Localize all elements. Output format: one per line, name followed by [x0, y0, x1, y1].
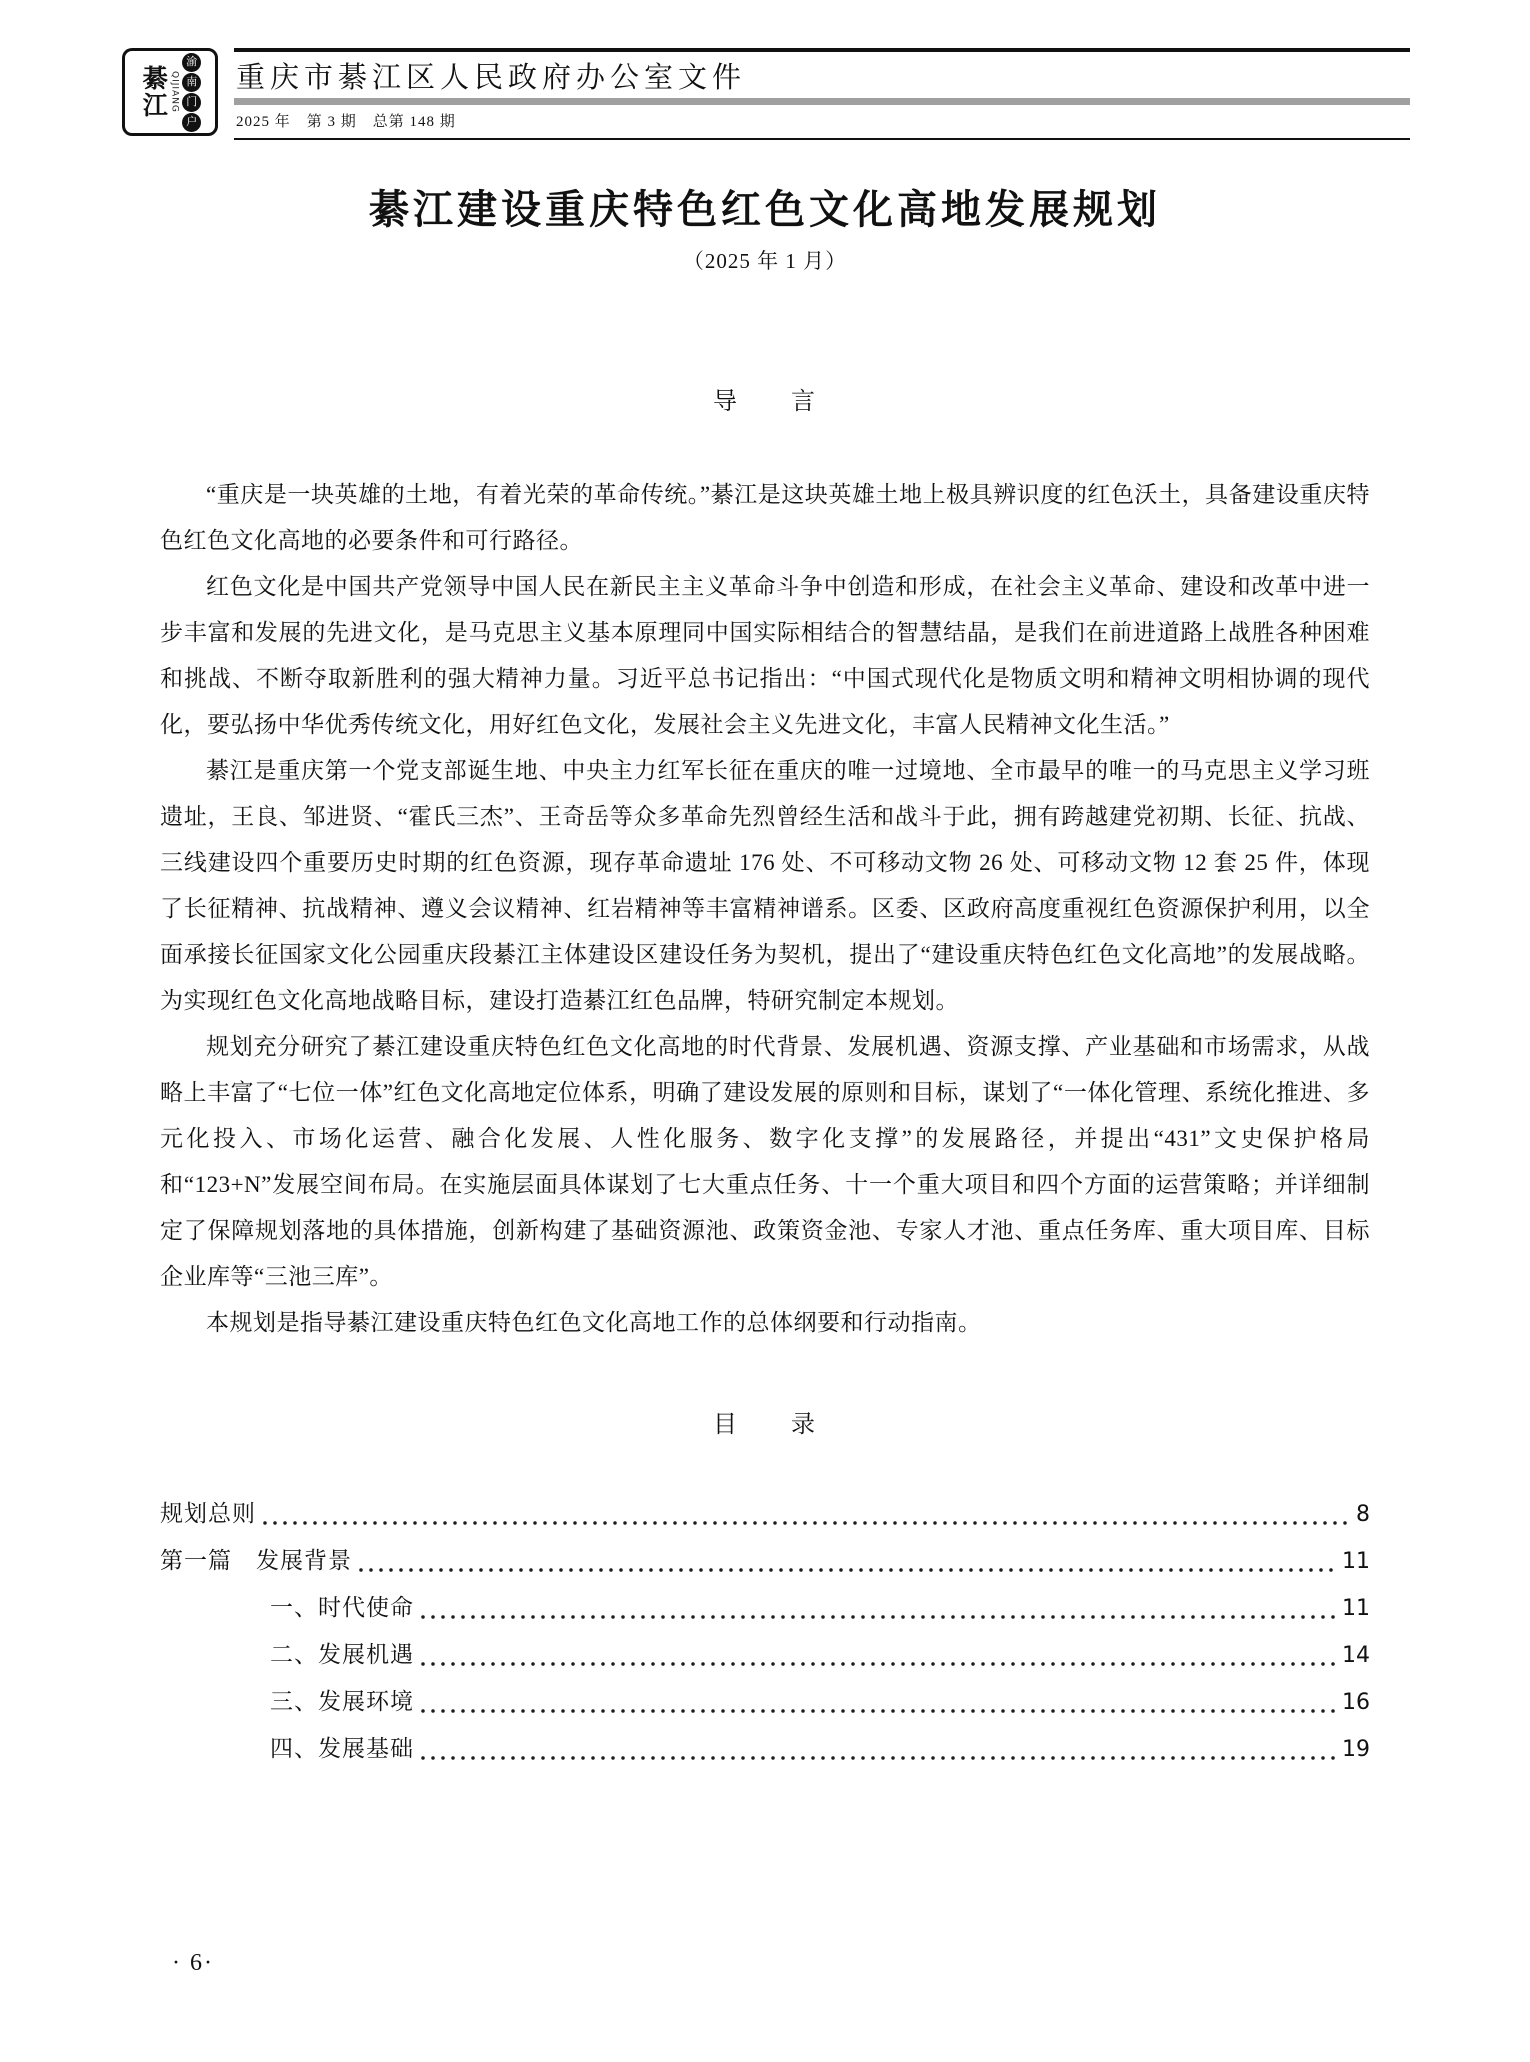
paragraph: 规划充分研究了綦江建设重庆特色红色文化高地的时代背景、发展机遇、资源支撑、产业基… [160, 1024, 1370, 1300]
paragraph: 綦江是重庆第一个党支部诞生地、中央主力红军长征在重庆的唯一过境地、全市最早的唯一… [160, 748, 1370, 1024]
toc-label: 规划总则 [160, 1495, 256, 1528]
toc-dot-leader [260, 1495, 1352, 1542]
toc-dot-leader [418, 1636, 1338, 1683]
qijiang-logo: 綦江 QIJIANG 渝 南 门 户 [122, 48, 218, 136]
seal-icon: 渝 [182, 53, 201, 72]
toc-dot-leader [418, 1683, 1338, 1730]
paragraph: 红色文化是中国共产党领导中国人民在新民主主义革命斗争中创造和形成，在社会主义革命… [160, 564, 1370, 748]
seal-icon: 门 [182, 93, 201, 112]
bottom-rule-divider [234, 138, 1410, 140]
toc-heading: 目 录 [0, 1404, 1530, 1439]
footer-page-number: · 6· [172, 1950, 214, 1977]
intro-body: “重庆是一块英雄的土地，有着光荣的革命传统。”綦江是这块英雄土地上极具辨识度的红… [160, 472, 1370, 1346]
seal-icon: 户 [182, 113, 201, 132]
toc-page-number: 11 [1342, 1596, 1370, 1621]
toc-row: 规划总则 8 [160, 1495, 1370, 1542]
toc-row: 四、发展基础 19 [160, 1730, 1370, 1777]
seal-icon: 南 [182, 73, 201, 92]
toc-row: 二、发展机遇 14 [160, 1636, 1370, 1683]
toc-page-number: 8 [1356, 1502, 1370, 1527]
toc-label: 二、发展机遇 [270, 1636, 414, 1669]
toc-page-number: 11 [1342, 1549, 1370, 1574]
toc-row: 第一篇 发展背景 11 [160, 1542, 1370, 1589]
toc-row: 三、发展环境 16 [160, 1683, 1370, 1730]
toc-label: 第一篇 发展背景 [160, 1542, 352, 1575]
toc-page-number: 16 [1342, 1690, 1370, 1715]
toc-row: 一、时代使命 11 [160, 1589, 1370, 1636]
paragraph: “重庆是一块英雄的土地，有着光荣的革命传统。”綦江是这块英雄土地上极具辨识度的红… [160, 472, 1370, 564]
masthead: 綦江 QIJIANG 渝 南 门 户 重庆市綦江区人民政府办公室文件 2025 … [122, 48, 1410, 140]
document-page: 綦江 QIJIANG 渝 南 门 户 重庆市綦江区人民政府办公室文件 2025 … [0, 0, 1530, 2062]
toc-dot-leader [356, 1542, 1338, 1589]
document-title: 綦江建设重庆特色红色文化高地发展规划 [0, 178, 1530, 235]
toc-dot-leader [418, 1589, 1338, 1636]
issue-line: 2025 年 第 3 期 总第 148 期 [234, 105, 1410, 131]
masthead-right: 重庆市綦江区人民政府办公室文件 2025 年 第 3 期 总第 148 期 [234, 48, 1410, 140]
intro-heading: 导 言 [0, 381, 1530, 416]
logo-romanization: QIJIANG [169, 71, 179, 113]
table-of-contents: 规划总则 8 第一篇 发展背景 11 一、时代使命 11 二、发展机遇 14 三… [160, 1495, 1370, 1777]
logo-seal-column: 渝 南 门 户 [182, 53, 201, 132]
toc-label: 一、时代使命 [270, 1589, 414, 1622]
document-subtitle: （2025 年 1 月） [0, 245, 1530, 275]
toc-page-number: 14 [1342, 1643, 1370, 1668]
toc-page-number: 19 [1342, 1737, 1370, 1762]
toc-dot-leader [418, 1730, 1338, 1777]
toc-label: 三、发展环境 [270, 1683, 414, 1716]
toc-label: 四、发展基础 [270, 1730, 414, 1763]
gray-rule-divider [234, 98, 1410, 105]
masthead-title: 重庆市綦江区人民政府办公室文件 [234, 52, 1410, 98]
paragraph: 本规划是指导綦江建设重庆特色红色文化高地工作的总体纲要和行动指南。 [160, 1300, 1370, 1346]
logo-characters: 綦江 [139, 65, 167, 119]
